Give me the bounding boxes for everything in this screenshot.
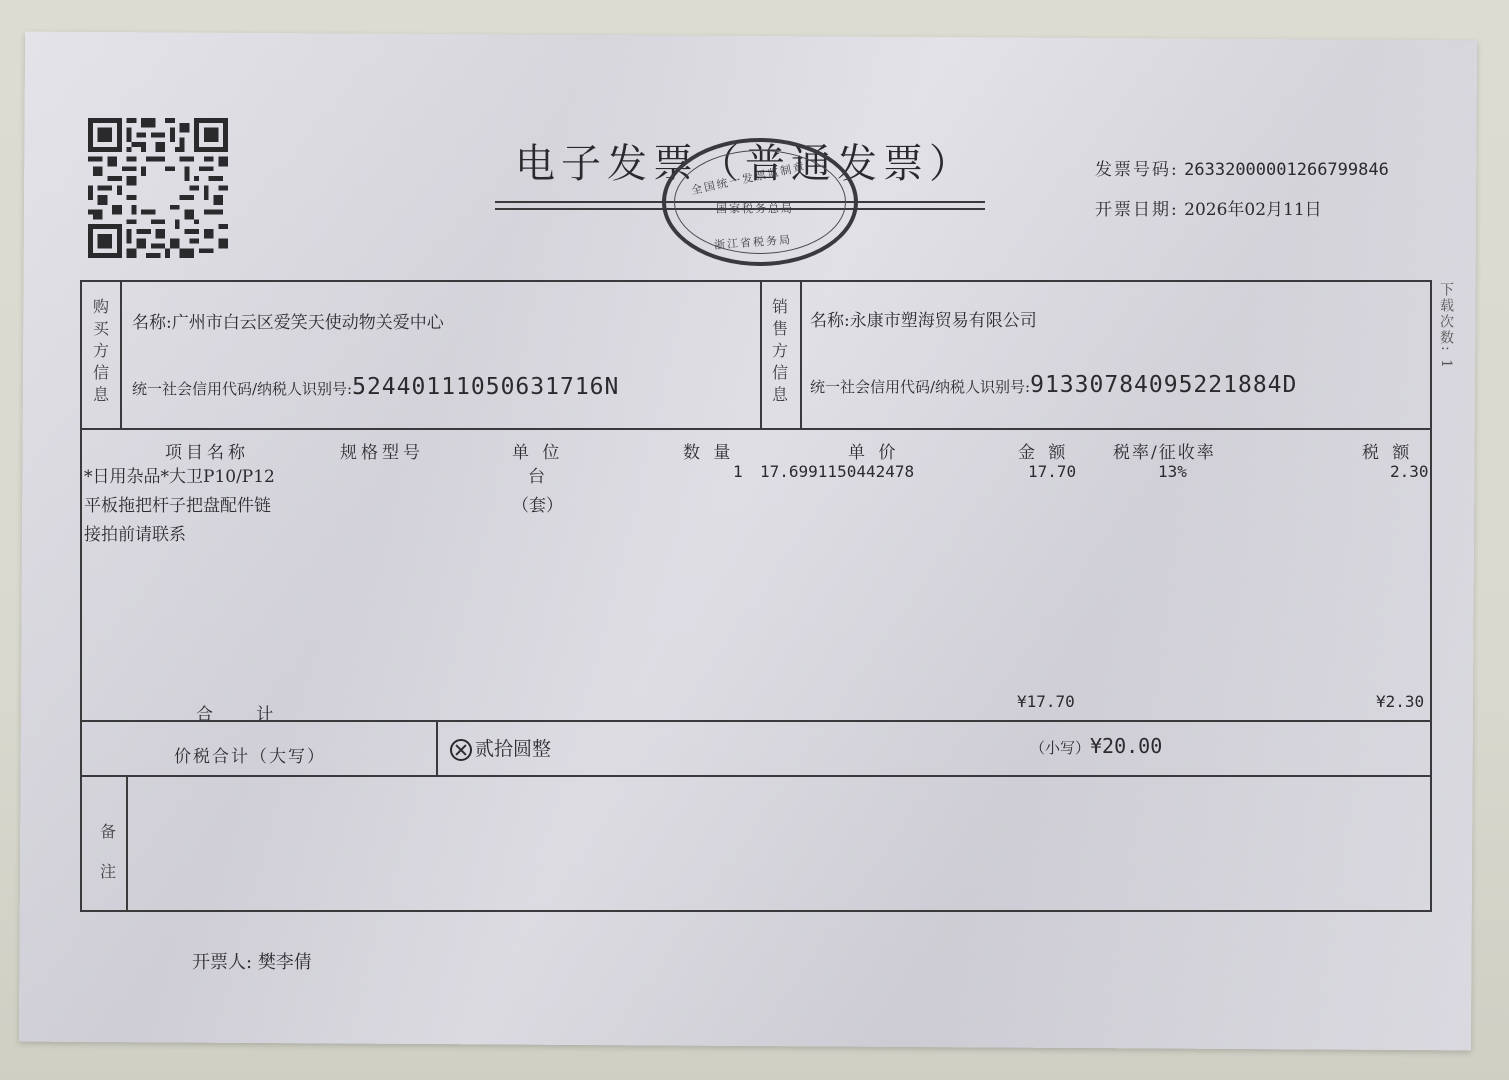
issuer-label: 开票人: — [192, 952, 252, 973]
header-unit: 单 位 — [512, 438, 563, 463]
seller-section-label: 销 售 方 信 息 — [769, 296, 791, 406]
item-unit-line: 台 — [528, 462, 545, 487]
header-tax: 税 额 — [1362, 438, 1413, 463]
header-amount: 金 额 — [1018, 438, 1069, 463]
seller-name-label: 名称: — [810, 311, 850, 331]
divider — [760, 282, 762, 428]
label-char: 备 — [97, 812, 119, 852]
invoice-number-value: 26332000001266799846 — [1184, 160, 1389, 180]
item-amount: 17.70 — [1028, 462, 1076, 481]
divider — [800, 282, 802, 428]
invoice-date-label: 开票日期: — [1095, 200, 1179, 220]
label-char: 买 — [90, 318, 112, 340]
divider — [82, 428, 1430, 430]
item-name-line: 接拍前请联系 — [84, 520, 186, 545]
label-char: 方 — [90, 340, 112, 362]
seller-taxid: 统一社会信用代码/纳税人识别号:91330784095221884D — [810, 372, 1297, 398]
download-count-note: 下载次数: 1 — [1436, 282, 1456, 370]
label-char: 购 — [90, 296, 112, 318]
buyer-taxid: 统一社会信用代码/纳税人识别号:52440111050631716N — [132, 374, 619, 400]
divider — [126, 777, 128, 911]
grand-total-lowercase-value: ¥20.00 — [1090, 734, 1162, 758]
seller-taxid-label: 统一社会信用代码/纳税人识别号: — [810, 378, 1030, 396]
label-char: 信 — [769, 362, 791, 384]
header-unit-price: 单 价 — [848, 438, 899, 463]
item-tax-rate: 13% — [1158, 462, 1187, 481]
grand-total-lowercase-label: （小写） — [1030, 739, 1090, 757]
divider — [436, 720, 438, 776]
label-char: 销 — [769, 296, 791, 318]
divider — [82, 775, 1430, 777]
buyer-taxid-label: 统一社会信用代码/纳税人识别号: — [132, 380, 352, 398]
label-char: 注 — [97, 852, 119, 892]
header-tax-rate: 税率/征收率 — [1113, 438, 1216, 463]
total-amount: ¥17.70 — [1017, 692, 1075, 711]
seller-taxid-value: 91330784095221884D — [1030, 372, 1297, 398]
invoice-date-value: 2026年02月11日 — [1184, 200, 1322, 220]
header-quantity: 数 量 — [683, 438, 734, 463]
issuer-name: 樊李倩 — [258, 952, 312, 973]
grand-total-uppercase-value: 贰拾圆整 — [475, 738, 551, 760]
invoice-date: 开票日期: 2026年02月11日 — [1095, 195, 1322, 220]
label-char: 息 — [90, 384, 112, 406]
item-tax: 2.30 — [1390, 462, 1429, 481]
buyer-name-value: 广州市白云区爱笑天使动物关爱中心 — [172, 313, 444, 333]
label-char: 方 — [769, 340, 791, 362]
header-spec: 规格型号 — [340, 438, 424, 463]
item-name-line: 平板拖把杆子把盘配件链 — [84, 491, 271, 516]
divider — [82, 720, 1430, 722]
buyer-name: 名称:广州市白云区爱笑天使动物关爱中心 — [132, 308, 444, 333]
remarks-label: 备 注 — [97, 812, 119, 892]
label-char: 信 — [90, 362, 112, 384]
total-tax: ¥2.30 — [1376, 692, 1424, 711]
qr-code-icon — [88, 118, 228, 258]
circle-x-icon — [450, 739, 472, 761]
divider — [120, 282, 122, 428]
label-char: 息 — [769, 384, 791, 406]
grand-total-lowercase: （小写）¥20.00 — [1030, 734, 1162, 758]
label-char: 售 — [769, 318, 791, 340]
seller-name: 名称:永康市塑海贸易有限公司 — [810, 306, 1037, 331]
item-unit-price: 17.6991150442478 — [760, 462, 914, 481]
grand-total-label: 价税合计（大写） — [174, 742, 326, 767]
invoice-number-label: 发票号码: — [1095, 160, 1179, 180]
buyer-taxid-value: 52440111050631716N — [352, 374, 619, 400]
invoice-number: 发票号码: 26332000001266799846 — [1095, 155, 1389, 180]
item-quantity: 1 — [733, 462, 743, 481]
buyer-section-label: 购 买 方 信 息 — [90, 296, 112, 406]
seller-name-value: 永康市塑海贸易有限公司 — [850, 311, 1037, 331]
item-name-line: *日用杂品*大卫P10/P12 — [84, 462, 275, 487]
stamp-middle-text: 国家税务总局 — [716, 200, 794, 216]
buyer-name-label: 名称: — [132, 313, 172, 333]
item-unit-line: （套） — [512, 491, 563, 516]
issuer: 开票人: 樊李倩 — [192, 948, 312, 974]
header-item-name: 项目名称 — [165, 438, 249, 463]
grand-total-uppercase: 贰拾圆整 — [450, 734, 551, 761]
tax-authority-stamp: 全国统一发票监制章 国家税务总局 浙江省税务局 — [662, 138, 858, 266]
